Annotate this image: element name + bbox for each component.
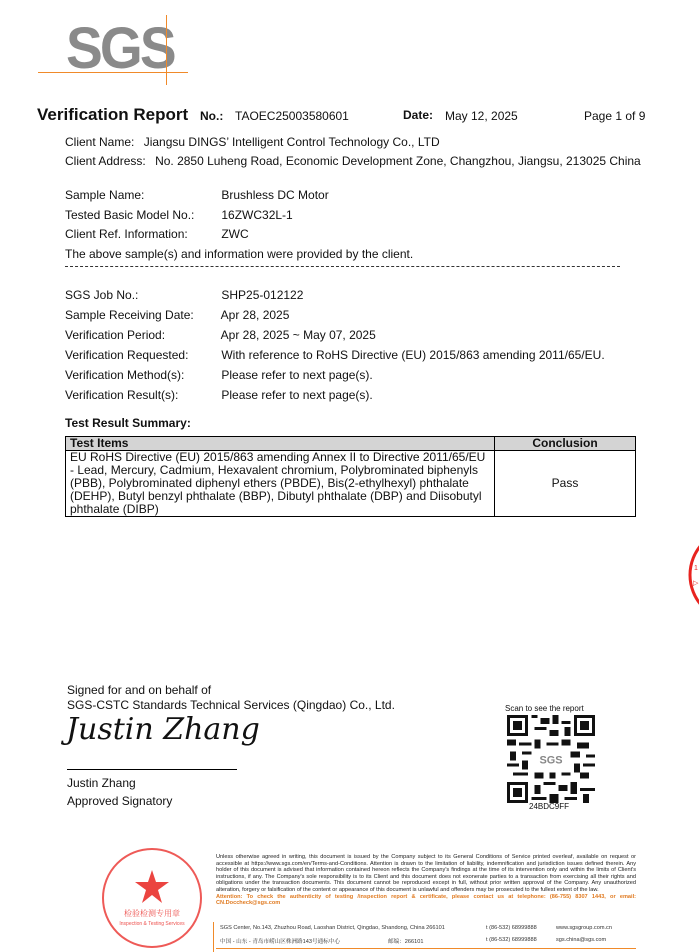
signatory-name: Justin Zhang — [67, 776, 136, 790]
field-label: Sample Name: — [65, 188, 218, 202]
svg-text:Inspection & Testing Services: Inspection & Testing Services — [119, 921, 185, 927]
signed-behalf-label: Signed for and on behalf of — [67, 683, 211, 697]
date-value: May 12, 2025 — [445, 109, 518, 123]
field-value: 16ZWC32L-1 — [221, 208, 292, 222]
report-no-label: No.: — [200, 109, 223, 123]
client-name-value: Jiangsu DINGS’ Intelligent Control Techn… — [144, 135, 440, 149]
signature-line — [67, 769, 237, 770]
sample-row: Sample Name: Brushless DC Motor — [65, 188, 329, 202]
legal-disclaimer: Unless otherwise agreed in writing, this… — [216, 854, 636, 907]
test-item-cell: EU RoHS Directive (EU) 2015/863 amending… — [66, 451, 495, 517]
svg-text:1: 1 — [694, 565, 698, 572]
field-value: Apr 28, 2025 ~ May 07, 2025 — [221, 328, 376, 342]
signatory-role: Approved Signatory — [67, 794, 172, 808]
summary-heading: Test Result Summary: — [65, 416, 191, 430]
authenticity-notice: Attention: To check the authenticity of … — [216, 894, 636, 907]
field-value: ZWC — [221, 227, 248, 241]
sample-row: Client Ref. Information: ZWC — [65, 227, 249, 241]
logo-rule-vertical — [166, 15, 167, 85]
test-result-table: Test Items Conclusion EU RoHS Directive … — [65, 436, 636, 517]
date-label: Date: — [403, 108, 433, 122]
client-name-label: Client Name: — [65, 135, 134, 149]
svg-text:SGS: SGS — [539, 755, 562, 767]
sgs-logo: SGS — [66, 20, 174, 78]
job-row: Verification Method(s): Please refer to … — [65, 368, 373, 382]
official-stamp-edge: 1 ▷ — [686, 530, 699, 620]
field-value: With reference to RoHS Directive (EU) 20… — [221, 348, 604, 362]
job-row: Sample Receiving Date: Apr 28, 2025 — [65, 308, 289, 322]
handwritten-signature: Justin Zhang — [66, 712, 260, 747]
job-row: Verification Result(s): Please refer to … — [65, 388, 373, 402]
address-cn: 中国 - 山东 - 青岛市崂山区株洲路143号通标中心 — [220, 937, 340, 945]
email-link[interactable]: sgs.china@sgs.com — [556, 937, 606, 943]
field-value: Please refer to next page(s). — [221, 388, 372, 402]
field-label: Verification Requested: — [65, 348, 218, 362]
field-label: Verification Method(s): — [65, 368, 218, 382]
signing-company: SGS-CSTC Standards Technical Services (Q… — [67, 698, 395, 712]
client-name-row: Client Name: Jiangsu DINGS’ Intelligent … — [65, 135, 440, 149]
report-title: Verification Report — [37, 105, 188, 125]
svg-text:检验检测专用章: 检验检测专用章 — [124, 908, 180, 918]
field-value: SHP25-012122 — [221, 288, 303, 302]
disclaimer-text: Unless otherwise agreed in writing, this… — [216, 854, 636, 893]
telephone: t (86-532) 68999888 — [486, 925, 537, 931]
website-link[interactable]: www.sgsgroup.com.cn — [556, 925, 612, 931]
field-label: Verification Period: — [65, 328, 218, 342]
job-row: Verification Period: Apr 28, 2025 ~ May … — [65, 328, 376, 342]
field-label: Sample Receiving Date: — [65, 308, 218, 322]
section-divider — [65, 266, 620, 267]
column-header-test-items: Test Items — [66, 437, 495, 451]
client-address-row: Client Address: No. 2850 Luheng Road, Ec… — [65, 154, 641, 168]
page-indicator: Page 1 of 9 — [584, 109, 645, 123]
table-header-row: Test Items Conclusion — [66, 437, 636, 451]
sample-row: Tested Basic Model No.: 16ZWC32L-1 — [65, 208, 293, 222]
address-en: SGS Center, No.143, Zhuzhou Road, Laosha… — [220, 925, 445, 931]
footer-accent-bar — [213, 922, 214, 952]
field-label: Client Ref. Information: — [65, 227, 218, 241]
client-address-value: No. 2850 Luheng Road, Economic Developme… — [155, 154, 641, 168]
field-value: Brushless DC Motor — [221, 188, 328, 202]
column-header-conclusion: Conclusion — [495, 437, 636, 451]
footer-orange-rule — [216, 948, 636, 949]
client-address-label: Client Address: — [65, 154, 146, 168]
field-label: SGS Job No.: — [65, 288, 218, 302]
field-label: Verification Result(s): — [65, 388, 218, 402]
job-row: Verification Requested: With reference t… — [65, 348, 605, 362]
table-row: EU RoHS Directive (EU) 2015/863 amending… — [66, 451, 636, 517]
inspection-stamp-icon: 检验检测专用章 Inspection & Testing Services — [100, 846, 204, 950]
qr-code-icon[interactable]: SGS — [507, 715, 595, 803]
report-no-value: TAOEC25003580601 — [235, 109, 349, 123]
svg-text:▷: ▷ — [693, 580, 699, 587]
postcode-cn: 邮编：266101 — [388, 937, 423, 945]
field-label: Tested Basic Model No.: — [65, 208, 218, 222]
qr-verification-code: 24BDC9FF — [529, 802, 569, 811]
field-value: Apr 28, 2025 — [221, 308, 290, 322]
qr-caption: Scan to see the report — [505, 704, 584, 713]
sample-note: The above sample(s) and information were… — [65, 247, 413, 261]
conclusion-cell: Pass — [495, 451, 636, 517]
field-value: Please refer to next page(s). — [221, 368, 372, 382]
telephone: t (86-532) 68999888 — [486, 937, 537, 943]
job-row: SGS Job No.: SHP25-012122 — [65, 288, 303, 302]
